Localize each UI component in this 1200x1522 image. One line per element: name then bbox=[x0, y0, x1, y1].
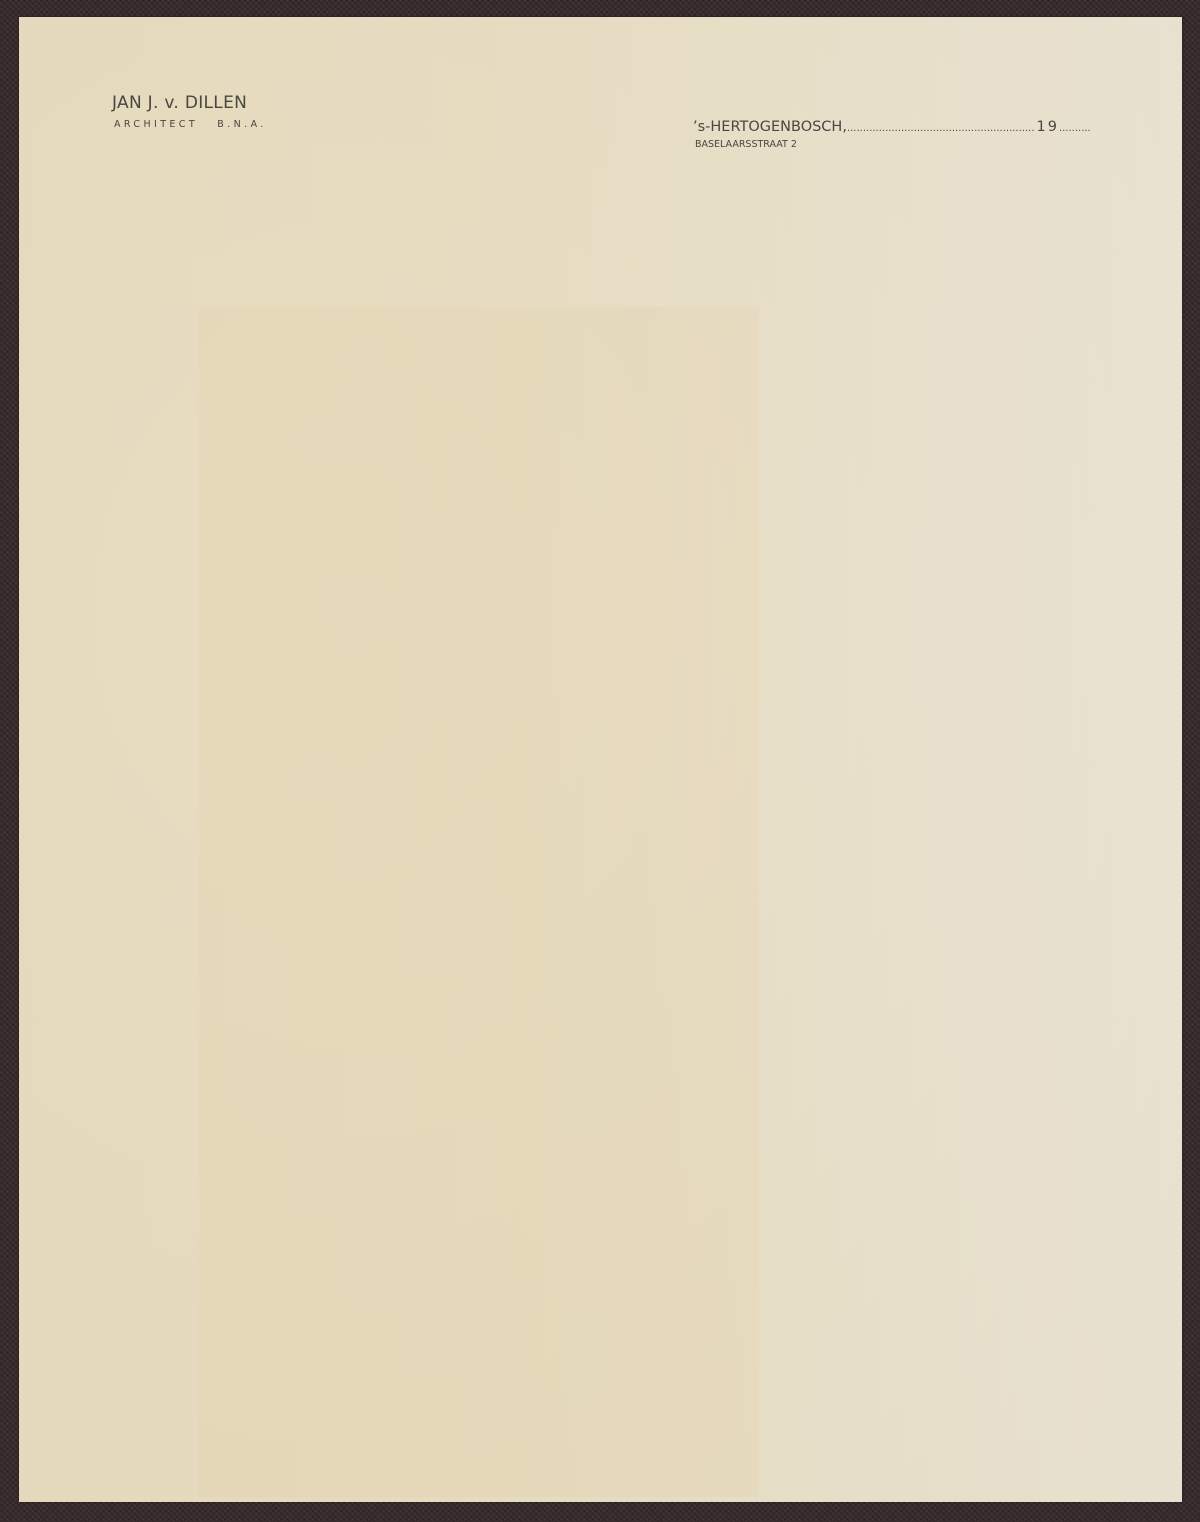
sender-title: ARCHITECT B.N.A. bbox=[114, 119, 267, 130]
year-fill-dots: .......... bbox=[1059, 123, 1091, 134]
date-fill-dots: ........................................… bbox=[847, 123, 1035, 134]
place-date-line: ’s-HERTOGENBOSCH, ......................… bbox=[693, 119, 1091, 135]
sender-name: JAN J. v. DILLEN bbox=[112, 93, 267, 113]
place-name: ’s-HERTOGENBOSCH, bbox=[693, 119, 847, 135]
place-date-block: ’s-HERTOGENBOSCH, ......................… bbox=[693, 119, 1091, 150]
year-prefix: 19 bbox=[1037, 119, 1059, 135]
sender-block: JAN J. v. DILLEN ARCHITECT B.N.A. bbox=[112, 93, 267, 130]
letterhead-paper: JAN J. v. DILLEN ARCHITECT B.N.A. ’s-HER… bbox=[19, 17, 1182, 1502]
street-address: BASELAARSSTRAAT 2 bbox=[695, 139, 1091, 150]
